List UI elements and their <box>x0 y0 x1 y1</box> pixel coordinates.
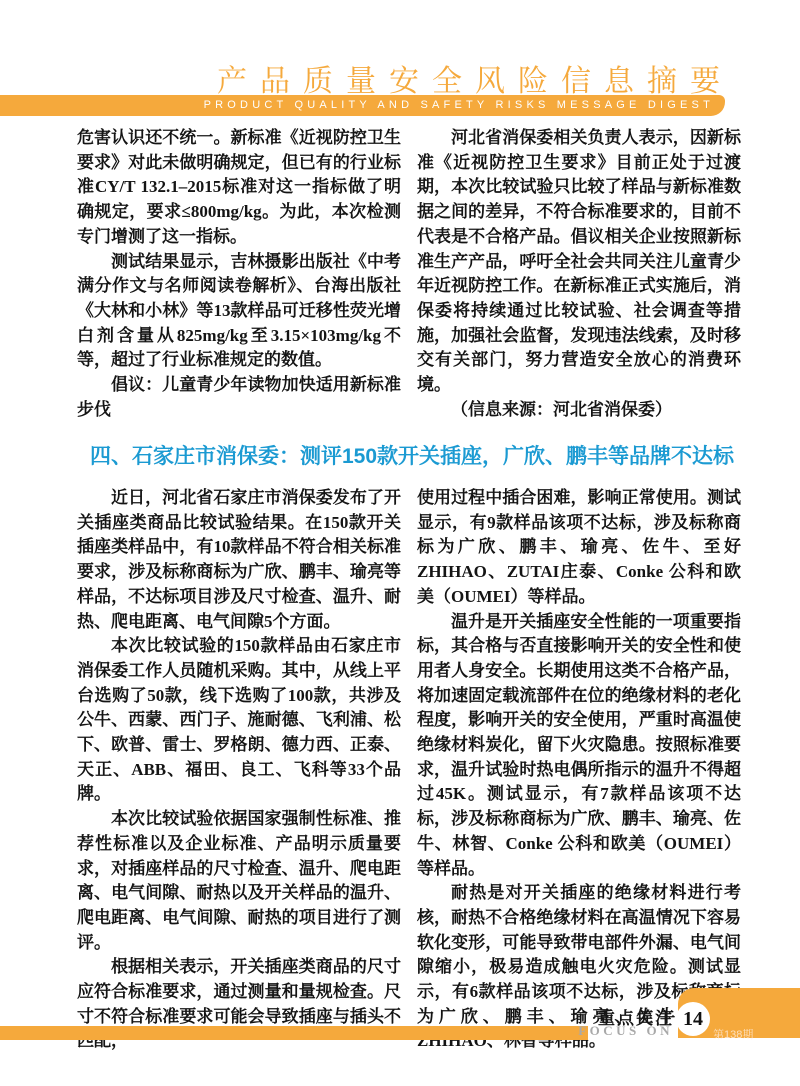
footer-section-label-english: FOCUS ON <box>578 1023 673 1039</box>
issue-number: 第138期 <box>713 1026 753 1042</box>
paragraph: 倡议：儿童青少年读物加快适用新标准步伐 <box>77 373 401 422</box>
paragraph: 河北省消保委相关负责人表示，因新标准《近视防控卫生要求》目前正处于过渡期，本次比… <box>417 126 741 398</box>
paragraph: 测试结果显示，吉林摄影出版社《中考满分作文与名师阅读卷解析》、台海出版社《大林和… <box>77 250 401 374</box>
paragraph: 本次比较试验依据国家强制性标准、推荐性标准以及企业标准、产品明示质量要求，对插座… <box>77 807 401 955</box>
paragraph: 本次比较试验的150款样品由石家庄市消保委工作人员随机采购。其中，从线上平台选购… <box>77 634 401 807</box>
paragraph: 使用过程中插合困难，影响正常使用。测试显示，有9款样品该项不达标，涉及标称商标为… <box>417 486 741 610</box>
paragraph: 危害认识还不统一。新标准《近视防控卫生要求》对此未做明确规定，但已有的行业标准C… <box>77 126 401 250</box>
source-line: （信息来源：河北省消保委） <box>417 398 741 423</box>
paragraph: 近日，河北省石家庄市消保委发布了开关插座类商品比较试验结果。在150款开关插座类… <box>77 486 401 634</box>
section3-left-column: 危害认识还不统一。新标准《近视防控卫生要求》对此未做明确规定，但已有的行业标准C… <box>77 126 401 422</box>
section4-left-column: 近日，河北省石家庄市消保委发布了开关插座类商品比较试验结果。在150款开关插座类… <box>77 486 401 1054</box>
page-title-english: PRODUCT QUALITY AND SAFETY RISKS MESSAGE… <box>204 99 714 111</box>
paragraph: 温升是开关插座安全性能的一项重要指标，其合格与否直接影响开关的安全性和使用者人身… <box>417 610 741 882</box>
header-band: PRODUCT QUALITY AND SAFETY RISKS MESSAGE… <box>0 95 725 116</box>
section3-right-column: 河北省消保委相关负责人表示，因新标准《近视防控卫生要求》目前正处于过渡期，本次比… <box>417 126 741 422</box>
page-title-chinese: 产品质量安全风险信息摘要 <box>217 56 733 100</box>
page-number-badge: 14 <box>676 1002 710 1036</box>
section4-right-column: 使用过程中插合困难，影响正常使用。测试显示，有9款样品该项不达标，涉及标称商标为… <box>417 486 741 1054</box>
footer-rule-bar <box>0 1026 588 1040</box>
section4-heading: 四、石家庄市消保委：测评150款开关插座，广欣、鹏丰等品牌不达标 <box>90 440 734 470</box>
